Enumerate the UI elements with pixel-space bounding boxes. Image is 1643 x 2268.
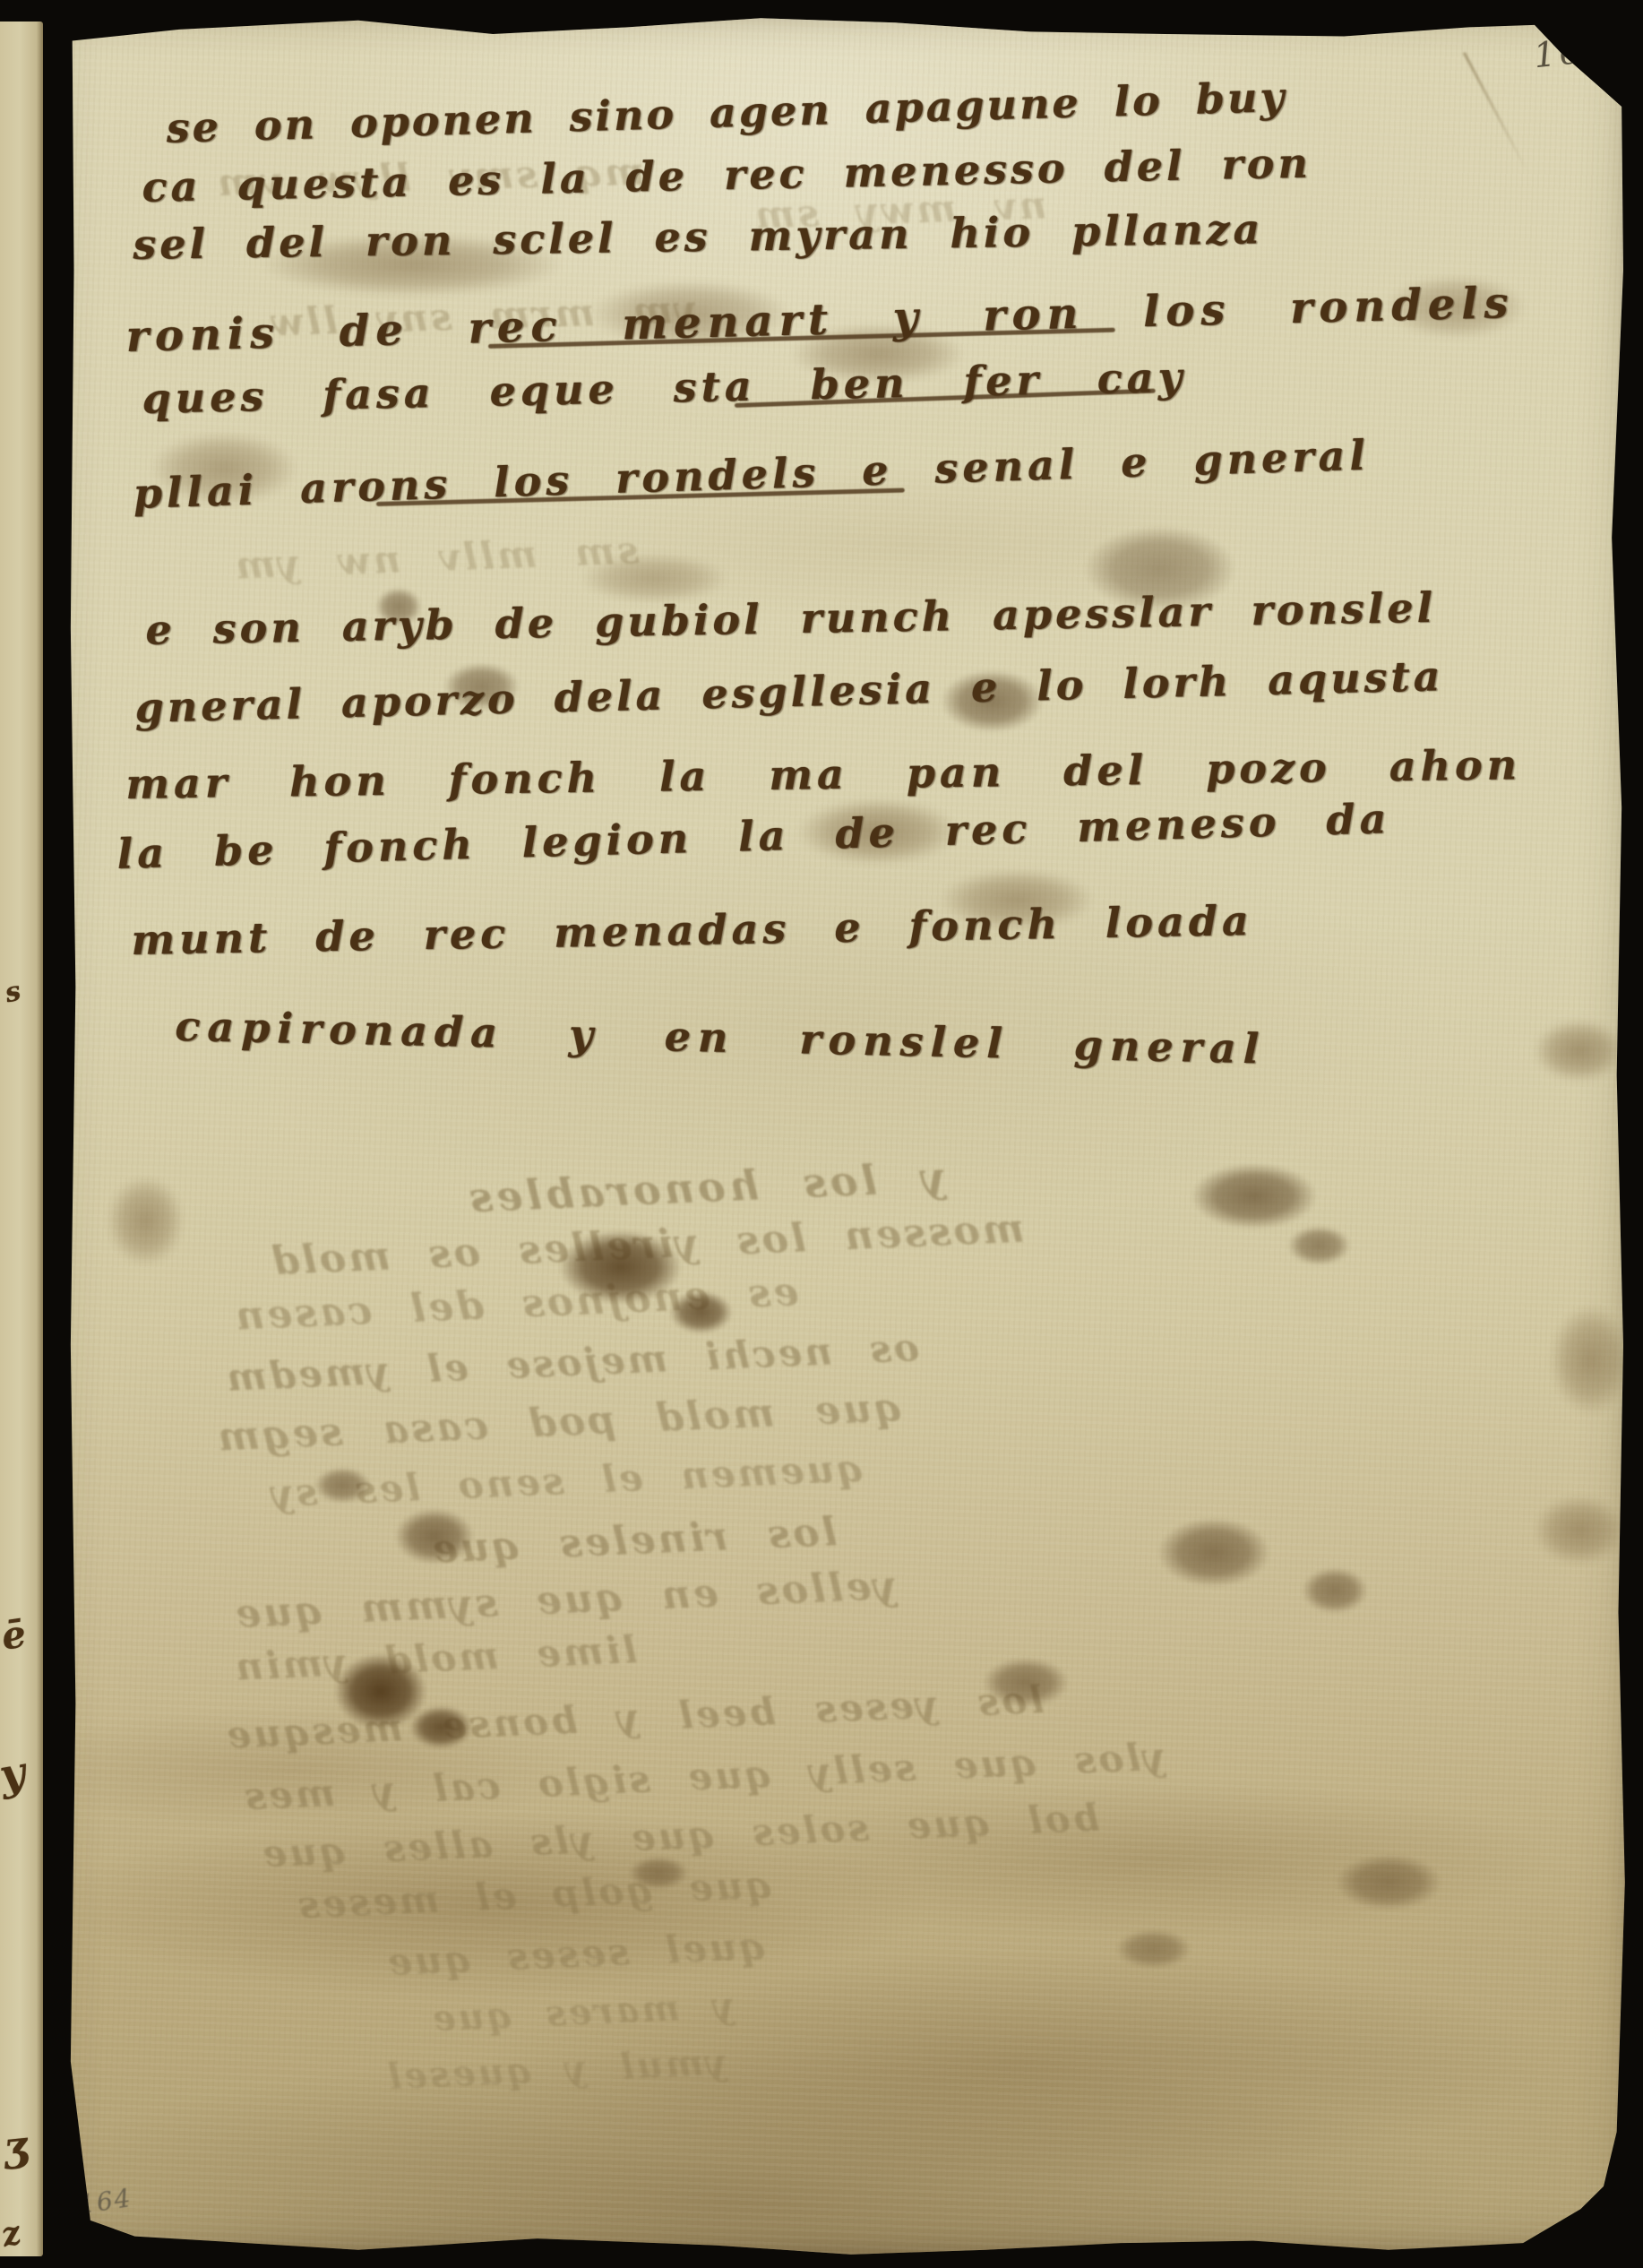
bleedthrough-line: yellos en que symm que [232, 1565, 898, 1637]
manuscript-line: ca questa es la de rec menesso del ron [142, 141, 1312, 211]
manuscript-line: ques fasa eque sta ben fer cay [142, 355, 1187, 422]
margin-ink-mark: ē [0, 1611, 29, 1658]
ink-blot [399, 1698, 484, 1756]
ink-blot [1290, 1559, 1380, 1622]
corner-crease [1463, 52, 1528, 172]
manuscript-line: la be fonch legion la de rec meneso da [116, 796, 1391, 876]
manuscript-line: sel del ron sclel es myran hio pllanza [133, 206, 1264, 267]
ink-blot [1138, 1505, 1290, 1600]
pencil-folio-number: 164 [77, 2183, 133, 2220]
manuscript-line: pllai arons los rondels e senal e gneral [133, 433, 1371, 517]
manuscript-line: gneral aporzo dela esgllesia e lo lorh a… [134, 653, 1444, 730]
manuscript-scan: s ē y ʒ z 169 mq smv llyw vm nv mwy sm y… [0, 0, 1643, 2268]
ink-blot [1317, 1844, 1460, 1920]
ink-blot [968, 1649, 1084, 1716]
ink-smudge [94, 1160, 197, 1281]
manuscript-line: capironada y en ronslel gneral [175, 1004, 1267, 1072]
ink-smudge [1518, 1483, 1639, 1577]
ink-smudge [1518, 1008, 1639, 1093]
margin-ink-mark: y [0, 1747, 30, 1801]
bleedthrough-line: y los honorables [465, 1154, 947, 1220]
manuscript-line: e son aryb de gubiol runch apesslar rons… [145, 585, 1436, 653]
folio-number: 169 [1532, 29, 1612, 76]
bleedthrough-line: los rineles que [429, 1511, 838, 1572]
ink-smudge [1536, 1286, 1643, 1434]
ink-blot [1102, 1922, 1205, 1976]
facing-page-edge: s ē y ʒ z [0, 22, 43, 2256]
manuscript-line: se on oponen sino agen apagune lo buy [166, 74, 1287, 151]
margin-ink-mark: s [3, 976, 24, 1010]
bleedthrough-line: ymul y quesel [384, 2043, 727, 2098]
bleedthrough-line: quel seses que [384, 1926, 766, 1984]
bleedthrough-line: que golp el meses [295, 1864, 773, 1926]
manuscript-page: 169 mq smv llyw vm nv mwy sm ym mrm snv … [0, 0, 1643, 2268]
page-fold-corner [1557, 2167, 1638, 2256]
bleedthrough-line: y mares que [429, 1987, 735, 2039]
margin-ink-mark: ʒ [1, 2121, 30, 2171]
ink-blot [1277, 1219, 1362, 1272]
margin-ink-mark: z [0, 2213, 24, 2255]
manuscript-line: munt de rec menadas e fonch loada [131, 898, 1253, 962]
